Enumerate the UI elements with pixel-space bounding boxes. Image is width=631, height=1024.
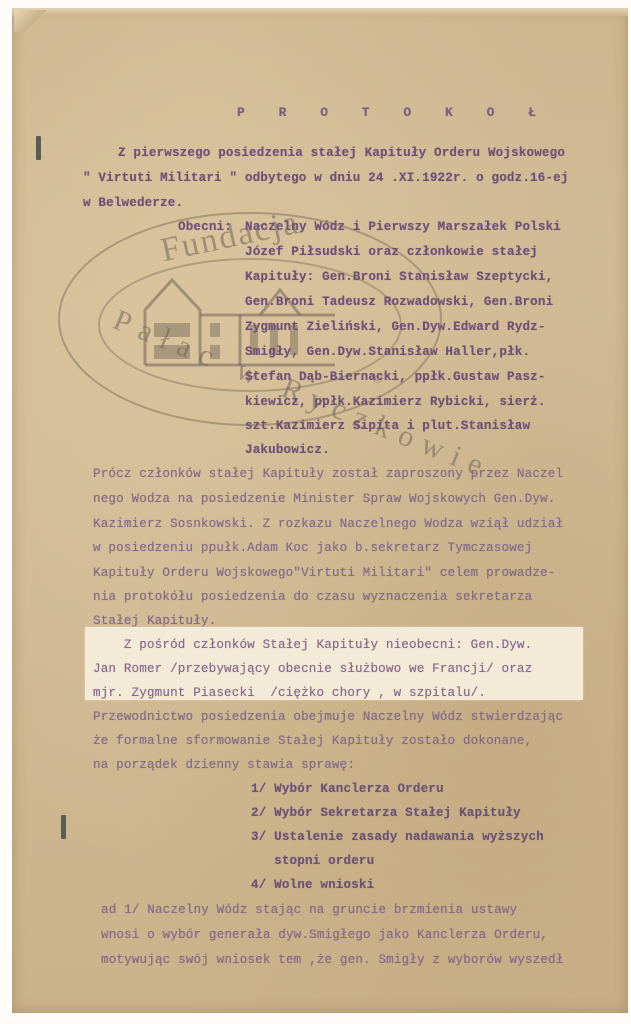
agenda-item: stopni orderu bbox=[251, 854, 374, 868]
document-title: P R O T O K O Ł bbox=[237, 106, 549, 120]
highlighted-line: Z pośród członków Stałej Kapituły nieobe… bbox=[93, 638, 532, 652]
binding-hole-top bbox=[36, 136, 41, 160]
folded-corner bbox=[14, 10, 46, 32]
agenda-item: 1/ Wybór Kanclerza Orderu bbox=[251, 782, 444, 796]
present-line: kiewicz, ppłk.Kazimierz Rybicki, sierż. bbox=[245, 395, 546, 409]
paragraph-line: Przewodnictwo posiedzenia obejmuje Nacze… bbox=[93, 710, 563, 724]
present-line: szt.Kazimierz Sipita i plut.Stanisław bbox=[245, 419, 530, 433]
paragraph-line: na porządek dzienny stawia sprawę: bbox=[93, 758, 355, 772]
intro-line: Z pierwszego posiedzenia stałej Kapituły… bbox=[118, 146, 565, 160]
agenda-item: 2/ Wybór Sekretarza Stałej Kapituły bbox=[251, 806, 521, 820]
paragraph-line: Kapituły Orderu Wojskowego"Virtuti Milit… bbox=[93, 566, 555, 580]
paragraph-line: motywując swój wniosek tem ,że gen. Smig… bbox=[101, 953, 563, 967]
agenda-item: 4/ Wolne wnioski bbox=[251, 878, 374, 892]
present-line: Kapituły: Gen.Broni Stanisław Szeptycki, bbox=[245, 270, 553, 284]
binding-hole-bottom bbox=[61, 815, 66, 839]
paper-top-edge bbox=[12, 8, 628, 16]
intro-line: w Belwederze. bbox=[83, 196, 183, 210]
paragraph-line: nia protokółu posiedzenia do czasu wyzna… bbox=[93, 590, 532, 604]
present-label: Obecni: bbox=[178, 220, 232, 234]
paragraph-line: ad 1/ Naczelny Wódz stając na gruncie br… bbox=[101, 903, 517, 917]
present-line: Jakubowicz. bbox=[245, 443, 330, 457]
intro-line: " Virtuti Militari " odbytego w dniu 24 … bbox=[83, 171, 569, 185]
present-line: Zygmunt Zieliński, Gen.Dyw.Edward Rydz- bbox=[245, 320, 546, 334]
present-line: Stefan Dąb-Biernacki, ppłk.Gustaw Pasz- bbox=[245, 370, 546, 384]
paragraph-line: że formalne sformowanie Stałej Kapituły … bbox=[93, 734, 532, 748]
present-line: Naczelny Wódz i Pierwszy Marszałek Polsk… bbox=[245, 220, 561, 234]
paragraph-line: Prócz członków stałej Kapituły został za… bbox=[93, 467, 563, 481]
paragraph-line: wnosi o wybór generała dyw.Smigłego jako… bbox=[101, 928, 548, 942]
agenda-item: 3/ Ustalenie zasady nadawania wyższych bbox=[251, 830, 544, 844]
present-line: Gen.Broni Tadeusz Rozwadowski, Gen.Broni bbox=[245, 295, 553, 309]
paragraph-line: Kazimierz Sosnkowski. Z rozkazu Naczelne… bbox=[93, 517, 563, 531]
highlighted-line: Jan Romer /przebywający obecnie służbowo… bbox=[93, 662, 532, 676]
present-line: Smigły, Gen.Dyw.Stanisław Haller,płk. bbox=[245, 345, 530, 359]
paragraph-line: w posiedzeniu ppułk.Adam Koc jako b.sekr… bbox=[93, 541, 532, 555]
paragraph-line: nego Wodza na posiedzenie Minister Spraw… bbox=[93, 492, 555, 506]
present-line: Józef Piłsudski oraz członkowie stałej bbox=[245, 245, 538, 259]
highlighted-line: mjr. Zygmunt Piasecki /ciężko chory , w … bbox=[93, 686, 486, 700]
paragraph-line: Stałej Kapituły. bbox=[93, 614, 216, 628]
